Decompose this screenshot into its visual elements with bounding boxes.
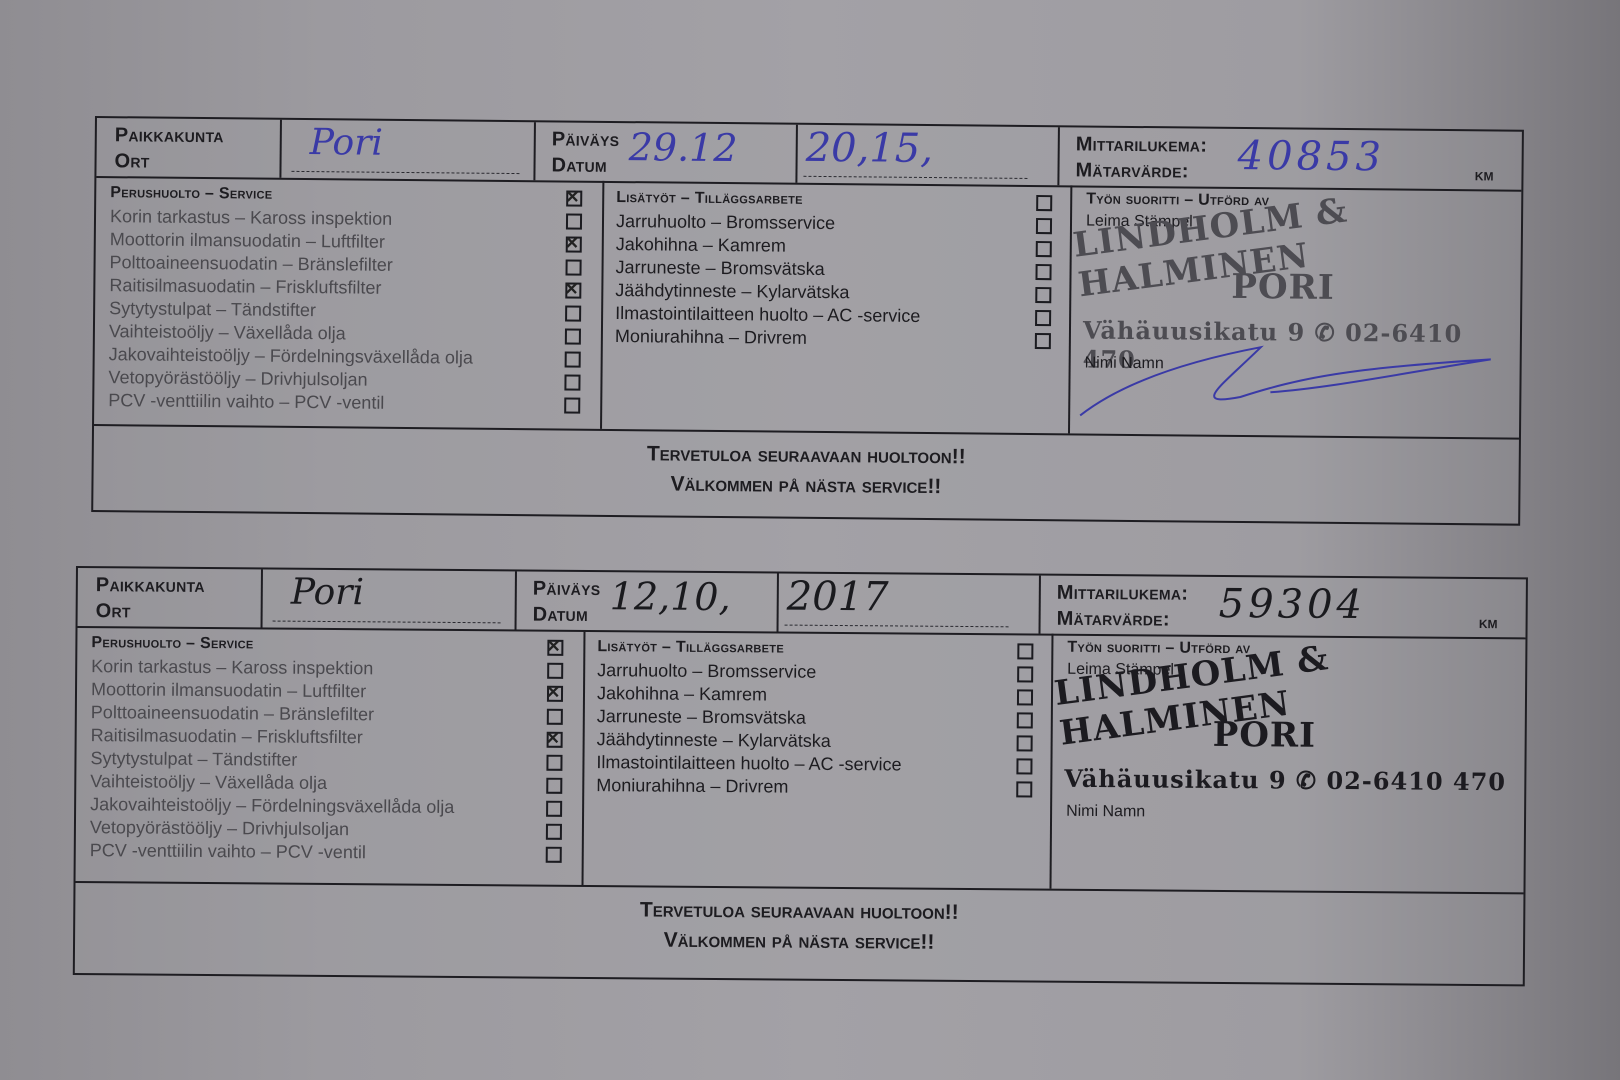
list-item: Jarruneste – Bromsvätska	[597, 705, 1037, 730]
list-item: PCV -venttiilin vaihto – PCV -ventil	[108, 389, 586, 416]
item-label: Polttoaineensuodatin – Bränslefilter	[109, 251, 392, 276]
list-item: Polttoaineensuodatin – Bränslefilter	[91, 701, 569, 727]
list-item: Polttoaineensuodatin – Bränslefilter	[109, 251, 587, 278]
list-item: Korin tarkastus – Kaross inspektion	[110, 205, 588, 232]
list-item: Jarruneste – Bromsvätska	[615, 256, 1055, 282]
item-label: Perushuolto – Service	[91, 632, 253, 655]
stamp-city: PORI	[1213, 715, 1317, 756]
list-item: Jakovaihteistoöljy – Fördelningsväxellåd…	[90, 793, 568, 819]
card-body: Perushuolto – ServiceKorin tarkastus – K…	[76, 626, 1526, 892]
checkbox[interactable]	[546, 801, 562, 817]
item-label: Jarruhuolto – Bromsservice	[597, 659, 816, 683]
item-label: Jakovaihteistoöljy – Fördelningsväxellåd…	[90, 793, 454, 818]
checkbox[interactable]	[1016, 758, 1032, 774]
checkbox[interactable]	[1036, 241, 1052, 257]
date-label: PäiväysDatum	[551, 126, 619, 179]
odometer-value: 59304	[1219, 581, 1367, 628]
checkbox[interactable]	[564, 398, 580, 414]
list-item: Raitisilmasuodatin – Friskluftsfilter	[109, 274, 587, 301]
item-label: Korin tarkastus – Kaross inspektion	[110, 205, 392, 230]
checkbox[interactable]	[1036, 218, 1052, 234]
checkbox[interactable]	[547, 663, 563, 679]
list-item: Jäähdytinneste – Kylarvätska	[615, 279, 1055, 305]
checkbox[interactable]	[1017, 666, 1033, 682]
card-body: Perushuolto – ServiceKorin tarkastus – K…	[94, 176, 1521, 438]
stamp-address-line: Vähäuusikatu 9 ✆ 02-6410 470	[1064, 764, 1506, 796]
checkbox[interactable]	[1035, 264, 1051, 280]
item-label: Jakovaihteistoöljy – Fördelningsväxellåd…	[109, 343, 473, 368]
checkbox[interactable]	[565, 260, 581, 276]
list-item: Jakohihna – Kamrem	[597, 682, 1037, 707]
list-item: PCV -venttiilin vaihto – PCV -ventil	[90, 839, 568, 865]
item-label: Moottorin ilmansuodatin – Luftfilter	[91, 678, 366, 702]
card-footer: Tervetuloa seuraavaan huoltoon!! Välkomm…	[93, 424, 1519, 524]
card-footer: Tervetuloa seuraavaan huoltoon!! Välkomm…	[75, 881, 1524, 984]
list-item: Jakovaihteistoöljy – Fördelningsväxellåd…	[109, 343, 587, 370]
item-label: Polttoaineensuodatin – Bränslefilter	[91, 701, 374, 725]
list-item: Moniurahihna – Drivrem	[596, 774, 1036, 799]
checkbox[interactable]	[546, 755, 562, 771]
list-header: Perushuolto – Service	[91, 632, 569, 658]
list-item: Vetopyörästööljy – Drivhjulsoljan	[108, 366, 586, 393]
basic-service-list: Perushuolto – ServiceKorin tarkastus – K…	[94, 176, 604, 429]
checkbox[interactable]	[1016, 781, 1032, 797]
checkbox[interactable]	[1017, 689, 1033, 705]
checkbox[interactable]	[565, 329, 581, 345]
place-label-cell: PaikkakuntaOrt	[78, 568, 263, 627]
list-item: Vetopyörästööljy – Drivhjulsoljan	[90, 816, 568, 842]
extra-work-list: Lisätyöt – TilläggsarbeteJarruhuolto – B…	[582, 630, 1054, 889]
checkbox[interactable]	[1035, 287, 1051, 303]
list-item: Sytytystulpat – Tändstifter	[90, 747, 568, 773]
checkbox[interactable]	[566, 191, 582, 207]
checkbox[interactable]	[547, 686, 563, 702]
service-record-1: PaikkakuntaOrt Pori PäiväysDatum 29.12 2…	[91, 116, 1524, 526]
place-field[interactable]: Pori	[279, 120, 536, 180]
checkbox[interactable]	[565, 306, 581, 322]
list-header: Lisätyöt – Tilläggsarbete	[616, 187, 1056, 213]
list-item: Ilmastointilaitteen huolto – AC -service	[596, 751, 1036, 776]
list-item: Jäähdytinneste – Kylarvätska	[597, 728, 1037, 753]
item-label: Sytytystulpat – Tändstifter	[90, 747, 297, 771]
checkbox[interactable]	[565, 352, 581, 368]
stamp-city: PORI	[1231, 267, 1335, 308]
item-label: Korin tarkastus – Kaross inspektion	[91, 655, 373, 679]
list-item: Jarruhuolto – Bromsservice	[616, 210, 1056, 236]
item-label: Ilmastointilaitteen huolto – AC -service	[596, 751, 901, 775]
phone-icon: ✆	[1296, 766, 1317, 795]
checkbox[interactable]	[1017, 643, 1033, 659]
checkbox[interactable]	[1017, 712, 1033, 728]
checkbox[interactable]	[1035, 310, 1051, 326]
checkbox[interactable]	[1035, 333, 1051, 349]
date-value-year: 2017	[787, 574, 889, 621]
service-record-2: PaikkakuntaOrt Pori PäiväysDatum 12,10, …	[73, 566, 1528, 986]
stamp-address: Vähäuusikatu 9	[1064, 764, 1286, 795]
date-value-daymonth: 29.12	[629, 125, 738, 170]
list-item: Ilmastointilaitteen huolto – AC -service	[615, 302, 1055, 328]
place-value: Pori	[291, 572, 364, 614]
checkbox[interactable]	[564, 375, 580, 391]
item-label: Jarruneste – Bromsvätska	[615, 256, 824, 280]
list-item: Moottorin ilmansuodatin – Luftfilter	[91, 678, 569, 704]
checkbox[interactable]	[546, 824, 562, 840]
list-header: Perushuolto – Service	[110, 182, 588, 209]
checkbox[interactable]	[1017, 735, 1033, 751]
item-label: Jarruneste – Bromsvätska	[597, 705, 806, 729]
item-label: Jakohihna – Kamrem	[616, 233, 786, 257]
list-item: Vaihteistoöljy – Växellåda olja	[90, 770, 568, 796]
item-label: Lisätyöt – Tilläggsarbete	[597, 636, 784, 659]
date-field-year[interactable]: 20,15,	[795, 125, 1060, 186]
odometer-label: Mittarilukema:Mätarvärde:	[1075, 131, 1207, 184]
list-item: Jarruhuolto – Bromsservice	[597, 659, 1037, 684]
item-label: Vetopyörästööljy – Drivhjulsoljan	[108, 366, 367, 390]
item-label: Vaihteistoöljy – Växellåda olja	[90, 770, 327, 794]
item-label: Jäähdytinneste – Kylarvätska	[597, 728, 831, 752]
name-label: Nimi Namn	[1066, 802, 1145, 823]
checkbox[interactable]	[547, 640, 563, 656]
list-item: Sytytystulpat – Tändstifter	[109, 297, 587, 324]
item-label: PCV -venttiilin vaihto – PCV -ventil	[90, 839, 366, 863]
item-label: Raitisilmasuodatin – Friskluftsfilter	[91, 724, 363, 748]
item-label: Vetopyörästööljy – Drivhjulsoljan	[90, 816, 349, 840]
item-label: Jäähdytinneste – Kylarvätska	[615, 279, 849, 303]
checkbox[interactable]	[1036, 195, 1052, 211]
item-label: Moottorin ilmansuodatin – Luftfilter	[110, 228, 385, 253]
list-item: Jakohihna – Kamrem	[616, 233, 1056, 259]
stamp-phone: 02-6410 470	[1326, 766, 1506, 796]
place-field[interactable]: Pori	[261, 569, 517, 629]
item-label: Jakohihna – Kamrem	[597, 682, 767, 705]
performed-by-section: Työn suoritti – Utförd av Leima Stämpel …	[1070, 185, 1521, 437]
odometer-value: 40853	[1237, 133, 1385, 180]
checkbox[interactable]	[547, 709, 563, 725]
item-label: Perushuolto – Service	[110, 182, 272, 206]
checkbox[interactable]	[566, 237, 582, 253]
list-item: Vaihteistoöljy – Växellåda olja	[109, 320, 587, 347]
date-field-daymonth[interactable]: PäiväysDatum 12,10,	[515, 571, 779, 631]
checkbox[interactable]	[546, 778, 562, 794]
checkbox[interactable]	[566, 214, 582, 230]
date-field-year[interactable]: 2017	[777, 574, 1041, 634]
checkbox[interactable]	[546, 847, 562, 863]
signature	[1070, 335, 1511, 429]
place-label-cell: PaikkakuntaOrt	[96, 118, 282, 178]
place-label: PaikkakuntaOrt	[96, 572, 205, 625]
list-item: Raitisilmasuodatin – Friskluftsfilter	[91, 724, 569, 750]
checkbox[interactable]	[565, 283, 581, 299]
list-item: Moottorin ilmansuodatin – Luftfilter	[110, 228, 588, 255]
item-label: Vaihteistoöljy – Växellåda olja	[109, 320, 346, 344]
list-item: Korin tarkastus – Kaross inspektion	[91, 655, 569, 681]
item-label: Raitisilmasuodatin – Friskluftsfilter	[109, 274, 381, 299]
checkbox[interactable]	[547, 732, 563, 748]
place-value: Pori	[310, 122, 384, 164]
item-label: Lisätyöt – Tilläggsarbete	[616, 187, 803, 211]
performed-by-section: Työn suoritti – Utförd av Leima Stämpel …	[1051, 634, 1525, 893]
place-label: PaikkakuntaOrt	[114, 122, 223, 175]
date-value-year: 20,15,	[806, 125, 934, 172]
item-label: Moniurahihna – Drivrem	[615, 325, 807, 349]
date-label: PäiväysDatum	[533, 576, 601, 629]
item-label: Sytytystulpat – Tändstifter	[109, 297, 316, 321]
list-header: Lisätyöt – Tilläggsarbete	[597, 636, 1037, 661]
odometer-label: Mittarilukema:Mätarvärde:	[1057, 580, 1189, 633]
item-label: Ilmastointilaitteen huolto – AC -service	[615, 302, 920, 327]
item-label: Moniurahihna – Drivrem	[596, 774, 788, 798]
date-field-daymonth[interactable]: PäiväysDatum 29.12	[533, 122, 798, 183]
list-item: Moniurahihna – Drivrem	[615, 325, 1055, 351]
item-label: Jarruhuolto – Bromsservice	[616, 210, 835, 234]
date-value-daymonth: 12,10,	[610, 574, 731, 619]
item-label: PCV -venttiilin vaihto – PCV -ventil	[108, 389, 384, 414]
extra-work-list: Lisätyöt – TilläggsarbeteJarruhuolto – B…	[600, 181, 1072, 434]
basic-service-list: Perushuolto – ServiceKorin tarkastus – K…	[76, 626, 586, 885]
